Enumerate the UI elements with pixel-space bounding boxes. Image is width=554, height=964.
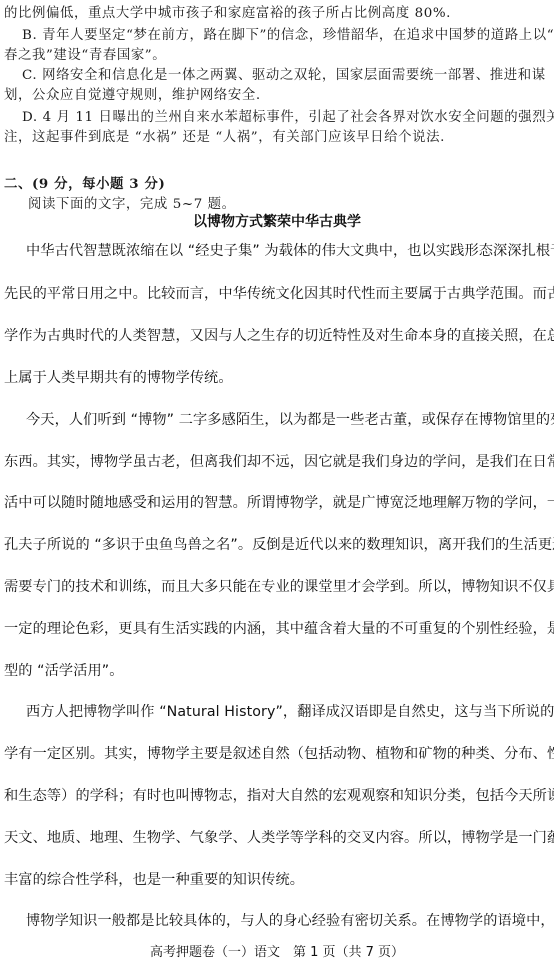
article-line: 西方人把博物学叫作 “Natural History”，翻译成汉语即是自然史，这… [26,701,554,721]
article-line: 型的 “活学活用”。 [4,660,124,680]
option-c-line-2: 划，公众应自觉遵守规则，维护网络安全. [4,84,261,103]
article-line: 丰富的综合性学科，也是一种重要的知识传统。 [4,869,304,889]
page-footer: 高考押题卷（一）语文 第 1 页（共 7 页） [0,941,554,960]
article-line: 学有一定区别。其实，博物学主要是叙述自然（包括动物、植物和矿物的种类、分布、性质 [4,743,554,763]
section-heading: 二、(9 分，每小题 3 分) [4,173,165,192]
article-line: 孔夫子所说的 “多识于虫鱼鸟兽之名”。反倒是近代以来的数理知识，离开我们的生活更… [4,534,554,554]
article-line: 中华古代智慧既浓缩在以 “经史子集” 为载体的伟大文典中，也以实践形态深深扎根于 [26,240,554,260]
article-line: 一定的理论色彩，更具有生活实践的内涵，其中蕴含着大量的不可重复的个别性经验，是典 [4,618,554,638]
section-instruction: 阅读下面的文字，完成 5~7 题。 [28,193,236,212]
article-line: 东西。其实，博物学虽古老，但离我们却不远，因它就是我们身边的学问，是我们在日常生 [4,451,554,471]
article-line: 活中可以随时随地感受和运用的智慧。所谓博物学，就是广博宽泛地理解万物的学问，一如 [4,492,554,512]
article-line: 天文、地质、地理、生物学、气象学、人类学等学科的交叉内容。所以，博物学是一门蕴含 [4,827,554,847]
article-line: 上属于人类早期共有的博物学传统。 [4,367,233,387]
option-b-line-2: 春之我”建设“青春国家”。 [4,44,166,63]
article-line: 今天，人们听到 “博物” 二字多感陌生，以为都是一些老古董，或保存在博物馆里的死 [26,409,554,429]
article-line: 需要专门的技术和训练，而且大多只能在专业的课堂里才会学到。所以，博物知识不仅具有 [4,576,554,596]
option-b-line-1: B. 青年人要坚定“梦在前方，路在脚下”的信念，珍惜韶华，在追求中国梦的道路上以… [22,24,554,43]
option-d-line-2: 注，这起事件到底是 “水祸” 还是 “人祸”，有关部门应该早日给个说法. [4,126,445,145]
option-d-line-1: D. 4 月 11 日曝出的兰州自来水苯超标事件，引起了社会各界对饮水安全问题的… [22,106,554,125]
article-line: 先民的平常日用之中。比较而言，中华传统文化因其时代性而主要属于古典学范围。而古典 [4,283,554,303]
option-a-tail: 的比例偏低，重点大学中城市孩子和家庭富裕的孩子所占比例高度 80%. [4,2,451,21]
article-title: 以博物方式繁荣中华古典学 [0,211,554,231]
article-line: 和生态等）的学科；有时也叫博物志，指对大自然的宏观观察和知识分类，包括今天所说的 [4,785,554,805]
article-line: 学作为古典时代的人类智慧，又因与人之生存的切近特性及对生命本身的直接关照，在总体 [4,325,554,345]
article-line: 博物学知识一般都是比较具体的，与人的身心经验有密切关系。在博物学的语境中，人 [26,910,554,930]
option-c-line-1: C. 网络安全和信息化是一体之两翼、驱动之双轮，国家层面需要统一部署、推进和谋 [22,64,546,83]
